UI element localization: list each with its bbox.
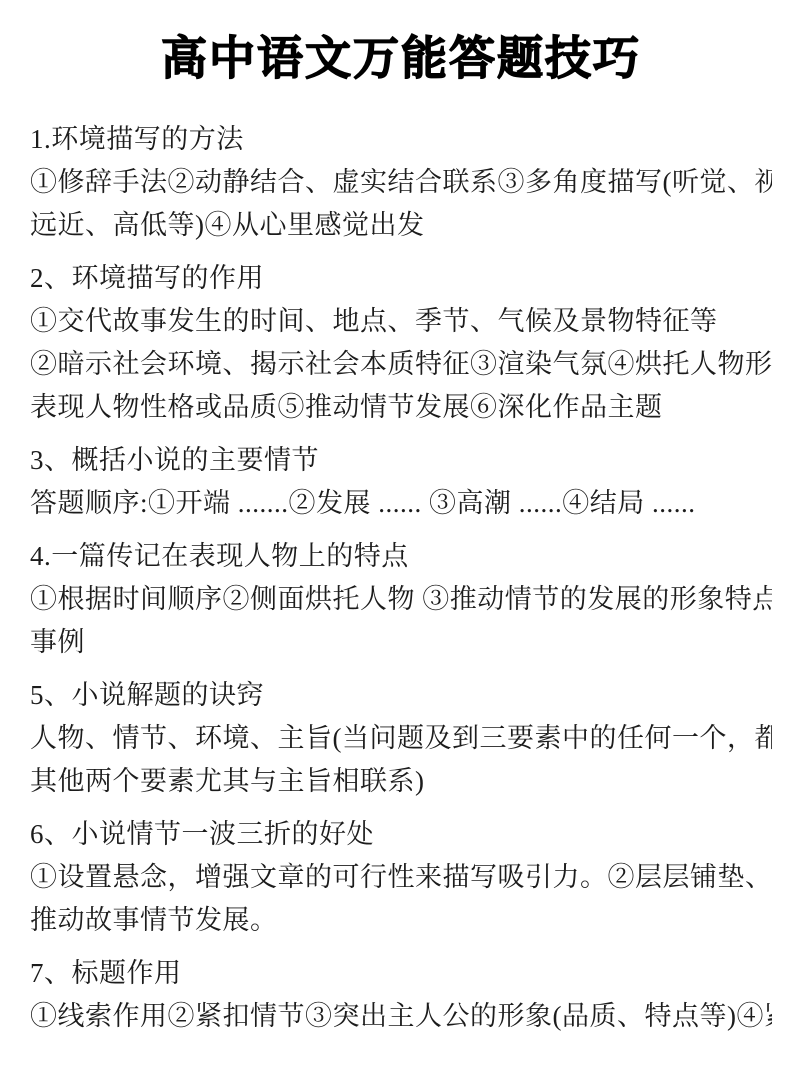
document-section: 7、标题作用①线索作用②紧扣情节③突出主人公的形象(品质、特点等)④紧扣(揭示)… — [30, 952, 772, 1038]
section-text-line: ①线索作用②紧扣情节③突出主人公的形象(品质、特点等)④紧扣(揭示)主 — [30, 995, 772, 1038]
section-heading: 1.环境描写的方法 — [30, 118, 772, 161]
document-body: 1.环境描写的方法①修辞手法②动静结合、虚实结合联系③多角度描写(听觉、视觉、嗅… — [30, 118, 772, 1038]
section-heading: 2、环境描写的作用 — [30, 257, 772, 300]
section-heading: 3、概括小说的主要情节 — [30, 439, 772, 482]
section-text-line: 远近、高低等)④从心里感觉出发 — [30, 204, 772, 247]
section-text-line: 推动故事情节发展。 — [30, 899, 772, 942]
section-heading: 5、小说解题的诀窍 — [30, 674, 772, 717]
document-section: 5、小说解题的诀窍人物、情节、环境、主旨(当问题及到三要素中的任何一个，都应尽力… — [30, 674, 772, 803]
section-text-line: 表现人物性格或品质⑤推动情节发展⑥深化作品主题 — [30, 386, 772, 429]
document-section: 4.一篇传记在表现人物上的特点①根据时间顺序②侧面烘托人物 ③推动情节的发展的形… — [30, 535, 772, 664]
section-text-line: 人物、情节、环境、主旨(当问题及到三要素中的任何一个，都应尽力与 — [30, 717, 772, 760]
section-heading: 7、标题作用 — [30, 952, 772, 995]
section-text-line: ①根据时间顺序②侧面烘托人物 ③推动情节的发展的形象特点③选取典型 — [30, 578, 772, 621]
section-text-line: ①设置悬念，增强文章的可行性来描写吸引力。②层层铺垫、步步设疑、 — [30, 856, 772, 899]
section-text-line: 答题顺序:①开端 .......②发展 ...... ③高潮 ......④结局… — [30, 482, 772, 525]
section-text-line: ①交代故事发生的时间、地点、季节、气候及景物特征等 — [30, 300, 772, 343]
section-heading: 6、小说情节一波三折的好处 — [30, 813, 772, 856]
document-section: 2、环境描写的作用①交代故事发生的时间、地点、季节、气候及景物特征等②暗示社会环… — [30, 257, 772, 429]
document-section: 1.环境描写的方法①修辞手法②动静结合、虚实结合联系③多角度描写(听觉、视觉、嗅… — [30, 118, 772, 247]
section-heading: 4.一篇传记在表现人物上的特点 — [30, 535, 772, 578]
document-page: 高中语文万能答题技巧 1.环境描写的方法①修辞手法②动静结合、虚实结合联系③多角… — [0, 0, 800, 1067]
document-section: 6、小说情节一波三折的好处①设置悬念，增强文章的可行性来描写吸引力。②层层铺垫、… — [30, 813, 772, 942]
section-text-line: 其他两个要素尤其与主旨相联系) — [30, 760, 772, 803]
section-text-line: ①修辞手法②动静结合、虚实结合联系③多角度描写(听觉、视觉、嗅觉、 — [30, 161, 772, 204]
section-text-line: ②暗示社会环境、揭示社会本质特征③渲染气氛④烘托人物形象、心情， — [30, 343, 772, 386]
page-title: 高中语文万能答题技巧 — [30, 0, 772, 92]
section-text-line: 事例 — [30, 621, 772, 664]
document-section: 3、概括小说的主要情节答题顺序:①开端 .......②发展 ...... ③高… — [30, 439, 772, 525]
